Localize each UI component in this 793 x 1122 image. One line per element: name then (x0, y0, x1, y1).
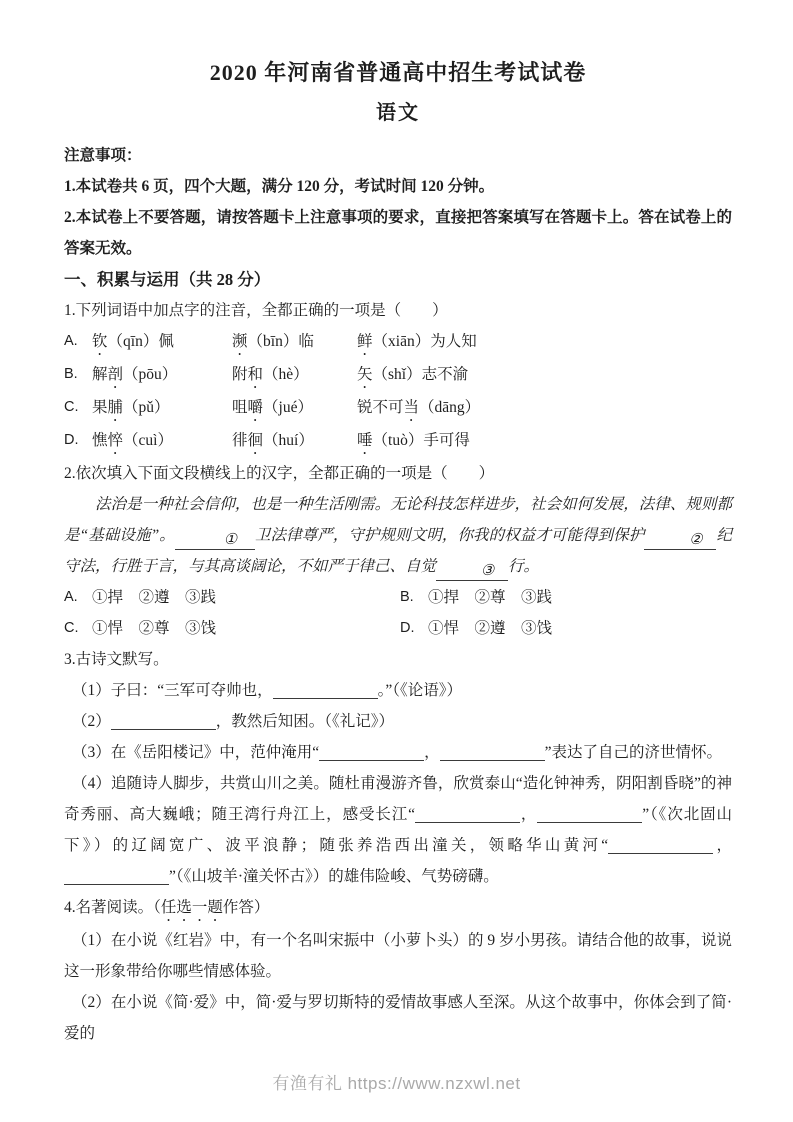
q2-options: A.①捍 ②遵 ③践 B.①捍 ②尊 ③践 C.①悍 ②尊 ③饯 D.①悍 ②遵… (64, 582, 732, 644)
q1-option-b: B. 解剖（pōu） 附和（hè） 矢（shǐ）志不渝 (64, 359, 732, 392)
answer-blank (415, 803, 520, 823)
q2-passage: 法治是一种社会信仰，也是一种生活刚需。无论科技怎样进步，社会如何发展，法律、规则… (64, 489, 732, 582)
q2-stem: 2.依次填入下面文段横线上的汉字，全都正确的一项是（ ） (64, 458, 732, 489)
word-group: 果脯（pǔ） (92, 392, 232, 425)
word-group: 唾（tuò）手可得 (357, 425, 732, 458)
item-text: （2） (72, 713, 111, 730)
stem-text: 4.名著阅读。（ (64, 899, 161, 916)
item-text: ， (713, 837, 732, 854)
circled-number-3: ③ (481, 563, 494, 579)
answer-blank-3: ③ (436, 561, 508, 581)
option-text: ①捍 ②遵 ③践 (92, 582, 216, 613)
answer-blank (273, 679, 378, 699)
page-subject: 语文 (64, 100, 732, 126)
word-pre: 果 (92, 399, 108, 416)
word-rest: （huí） (263, 432, 314, 449)
word-group: 徘徊（huí） (232, 425, 357, 458)
option-label: D. (400, 613, 428, 644)
q4-item-2: （2）在小说《简·爱》中，简·爱与罗切斯特的爱情故事感人至深。从这个故事中，你体… (64, 987, 732, 1049)
option-label: B. (400, 582, 428, 613)
answer-blank (608, 834, 713, 854)
word-pre: 咀 (232, 399, 248, 416)
option-label: A. (64, 582, 92, 613)
word-group: 附和（hè） (232, 359, 357, 392)
item-text: （1）子曰：“三军可夺帅也， (72, 682, 273, 699)
section-1-heading: 一、积累与运用（共 28 分） (64, 264, 732, 295)
answer-blank (319, 741, 424, 761)
word-rest: （tuò）手可得 (373, 432, 470, 449)
word-group: 鲜（xiān）为人知 (357, 326, 732, 359)
q3-item-3: （3）在《岳阳楼记》中，范仲淹用“，”表达了自己的济世情怀。 (64, 737, 732, 768)
passage-text: 行。 (508, 558, 539, 575)
item-text: ， (520, 806, 537, 823)
word-rest: （qīn）佩 (108, 333, 174, 350)
dotted-char: 濒 (232, 333, 248, 350)
item-text: 。”（《论语》） (378, 682, 462, 699)
answer-blank-2: ② (644, 530, 716, 550)
dotted-char: 鲜 (357, 333, 373, 350)
word-pre: 徘 (232, 432, 248, 449)
option-label: B. (64, 359, 92, 392)
option-text: ①捍 ②尊 ③践 (428, 582, 552, 613)
item-text: ”（《山坡羊·潼关怀古》）的雄伟险峻、气势磅礴。 (169, 868, 499, 885)
item-text: ”表达了自己的济世情怀。 (545, 744, 722, 761)
q2-option-a: A.①捍 ②遵 ③践 (64, 582, 400, 613)
word-pre: 附 (232, 366, 248, 383)
word-group: 锐不可当（dāng） (357, 392, 732, 425)
option-text: ①悍 ②遵 ③饯 (428, 613, 552, 644)
option-label: D. (64, 425, 92, 458)
q3-stem: 3.古诗文默写。 (64, 644, 732, 675)
word-pre: 解 (92, 366, 108, 383)
word-rest: （bīn）临 (248, 333, 314, 350)
dotted-char: 脯 (108, 399, 124, 416)
option-label: C. (64, 392, 92, 425)
stem-text: 作答） (223, 899, 270, 916)
option-label: A. (64, 326, 92, 359)
page-content: 2020 年河南省普通高中招生考试试卷 语文 注意事项： 1.本试卷共 6 页，… (64, 58, 732, 1049)
notice-heading: 注意事项： (64, 140, 732, 171)
word-group: 濒（bīn）临 (232, 326, 357, 359)
answer-blank-1: ① (175, 530, 255, 550)
q1-option-d: D. 憔悴（cuì） 徘徊（huí） 唾（tuò）手可得 (64, 425, 732, 458)
word-rest: （jué） (263, 399, 313, 416)
dotted-char: 悴 (108, 432, 124, 449)
circled-number-1: ① (224, 532, 237, 548)
q4-item-1: （1）在小说《红岩》中，有一个名叫宋振中（小萝卜头）的 9 岁小男孩。请结合他的… (64, 925, 732, 987)
word-rest: （cuì） (123, 432, 173, 449)
word-rest: （xiān）为人知 (373, 333, 477, 350)
dotted-char: 剖 (108, 366, 124, 383)
q3-item-1: （1）子曰：“三军可夺帅也，。”（《论语》） (64, 675, 732, 706)
word-rest: （shǐ）志不渝 (373, 366, 469, 383)
dotted-char: 当 (404, 399, 420, 416)
q1-option-c: C. 果脯（pǔ） 咀嚼（jué） 锐不可当（dāng） (64, 392, 732, 425)
notice-item-2: 2.本试卷上不要答题，请按答题卡上注意事项的要求，直接把答案填写在答题卡上。答在… (64, 202, 732, 264)
word-group: 解剖（pōu） (92, 359, 232, 392)
word-rest: （hè） (263, 366, 309, 383)
page-title: 2020 年河南省普通高中招生考试试卷 (64, 58, 732, 88)
word-group: 钦（qīn）佩 (92, 326, 232, 359)
dotted-char: 钦 (92, 333, 108, 350)
notice-item-1: 1.本试卷共 6 页，四个大题，满分 120 分，考试时间 120 分钟。 (64, 171, 732, 202)
dotted-phrase: 任选一题 (161, 899, 223, 916)
word-rest: （pǔ） (123, 399, 170, 416)
q3-item-4: （4）追随诗人脚步，共赏山川之美。随杜甫漫游齐鲁，欣赏泰山“造化钟神秀，阴阳割昏… (64, 768, 732, 892)
word-group: 咀嚼（jué） (232, 392, 357, 425)
word-rest: （pōu） (123, 366, 177, 383)
q3-item-2: （2），教然后知困。（《礼记》） (64, 706, 732, 737)
word-group: 矢（shǐ）志不渝 (357, 359, 732, 392)
answer-blank (537, 803, 642, 823)
exam-paper-page: 2020 年河南省普通高中招生考试试卷 语文 注意事项： 1.本试卷共 6 页，… (0, 0, 793, 1122)
q1-stem: 1.下列词语中加点字的注音，全都正确的一项是（ ） (64, 295, 732, 326)
word-group: 憔悴（cuì） (92, 425, 232, 458)
dotted-char: 矢 (357, 366, 373, 383)
option-label: C. (64, 613, 92, 644)
passage-text: 卫法律尊严，守护规则文明，你我的权益才可能得到保护 (255, 527, 645, 544)
q2-option-c: C.①悍 ②尊 ③饯 (64, 613, 400, 644)
watermark-footer: 有渔有礼 https://www.nzxwl.net (0, 1069, 793, 1094)
item-text: （3）在《岳阳楼记》中，范仲淹用“ (72, 744, 319, 761)
answer-blank (111, 710, 216, 730)
dotted-char: 唾 (357, 432, 373, 449)
item-text: ，教然后知困。（《礼记》） (216, 713, 394, 730)
word-pre: 锐不可 (357, 399, 404, 416)
q2-option-b: B.①捍 ②尊 ③践 (400, 582, 732, 613)
circled-number-2: ② (689, 532, 702, 548)
word-pre: 憔 (92, 432, 108, 449)
q1-option-a: A. 钦（qīn）佩 濒（bīn）临 鲜（xiān）为人知 (64, 326, 732, 359)
answer-blank (64, 865, 169, 885)
dotted-char: 和 (248, 366, 264, 383)
word-rest: （dāng） (419, 399, 480, 416)
answer-blank (440, 741, 545, 761)
q4-stem: 4.名著阅读。（任选一题作答） (64, 892, 732, 925)
dotted-char: 嚼 (248, 399, 264, 416)
option-text: ①悍 ②尊 ③饯 (92, 613, 216, 644)
q2-option-d: D.①悍 ②遵 ③饯 (400, 613, 732, 644)
dotted-char: 徊 (248, 432, 264, 449)
item-text: ， (424, 744, 440, 761)
watermark-url: 有渔有礼 https://www.nzxwl.net (272, 1074, 520, 1093)
